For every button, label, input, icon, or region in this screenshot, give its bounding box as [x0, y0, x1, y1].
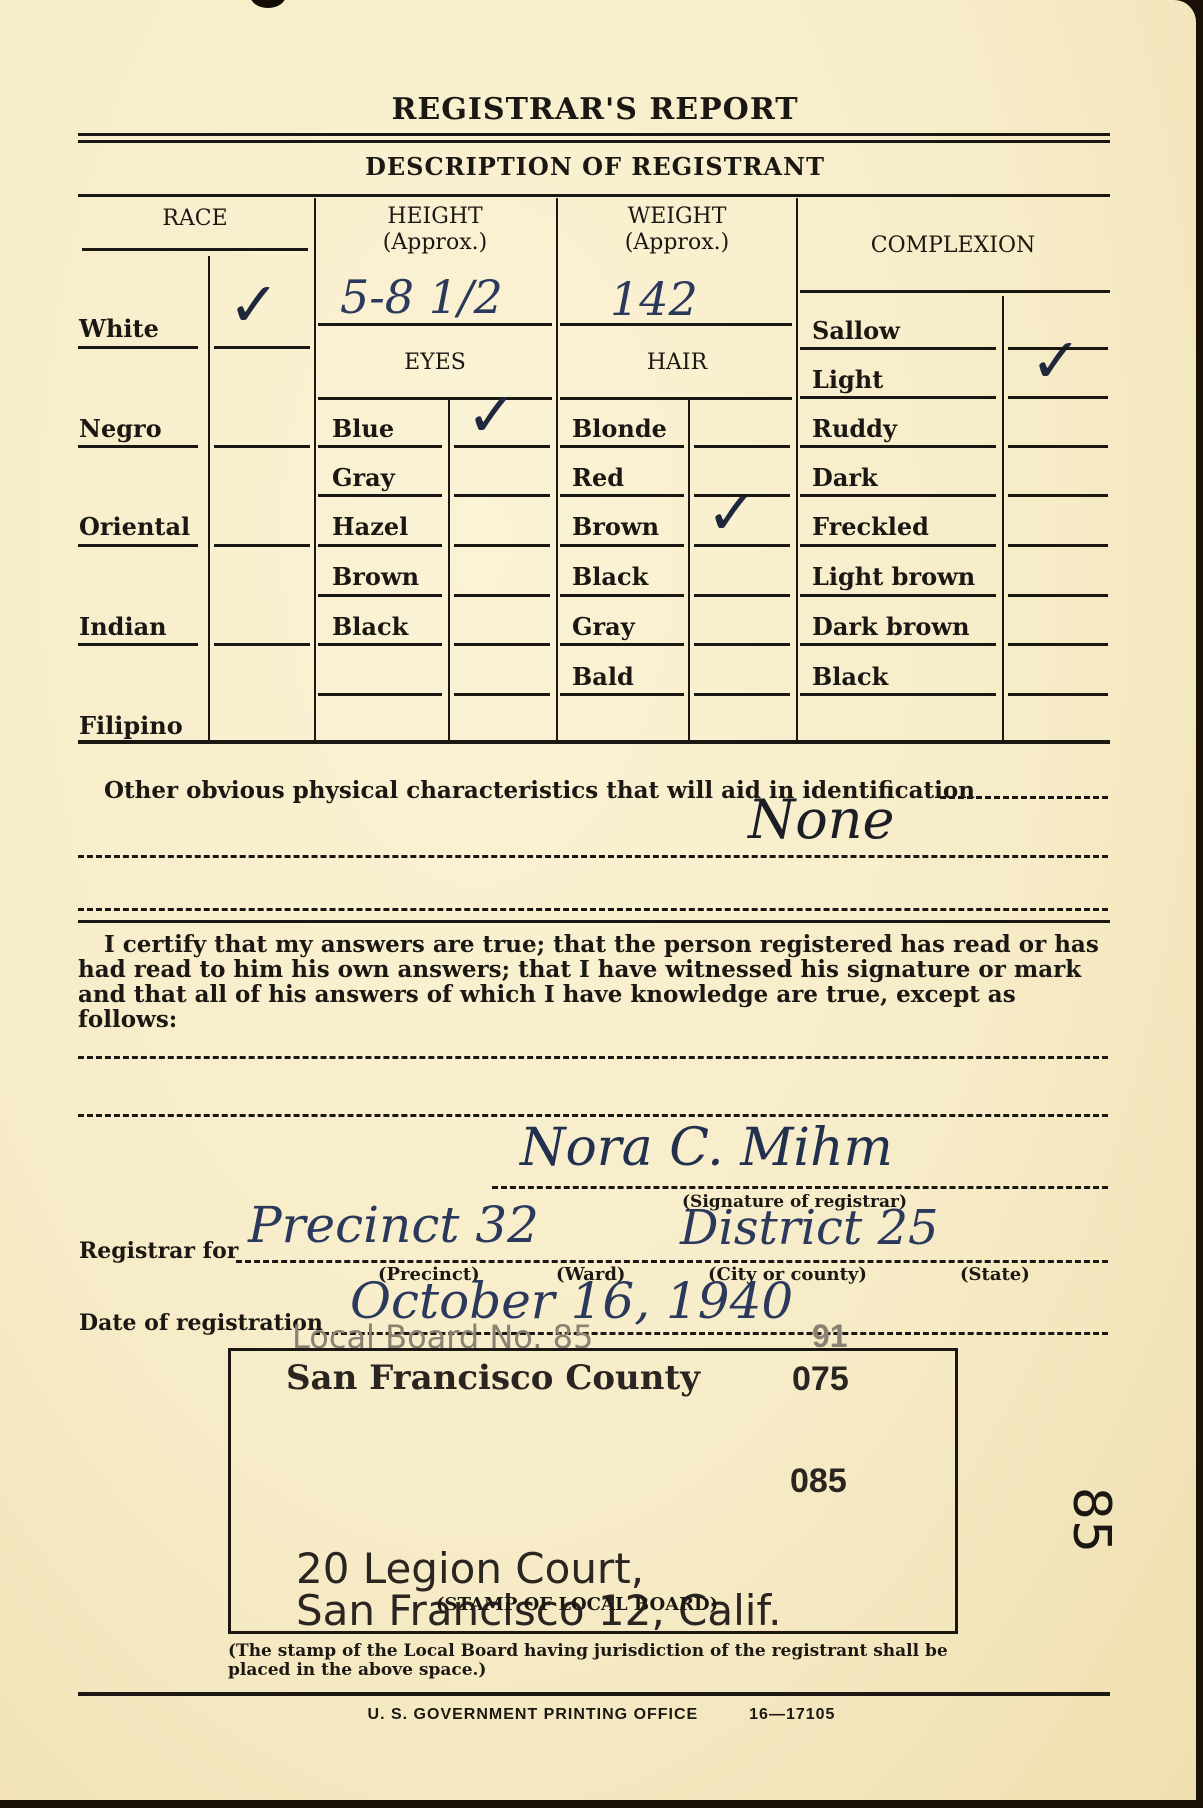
hair-gray: Gray — [572, 612, 635, 641]
divider — [694, 544, 790, 547]
complexion-light: Light — [812, 365, 883, 394]
registrar-signature[interactable]: Nora C. Mihm — [520, 1118, 893, 1178]
height-header: HEIGHT — [318, 204, 552, 230]
form-number: 16—17105 — [749, 1706, 835, 1723]
divider — [800, 445, 996, 448]
field-line — [78, 1114, 1108, 1117]
divider — [454, 643, 550, 646]
height-sub: (Approx.) — [318, 230, 552, 256]
divider — [800, 494, 996, 497]
divider — [560, 693, 684, 696]
race-negro: Negro — [79, 414, 162, 443]
eyes-blue: Blue — [332, 414, 394, 443]
divider — [78, 133, 1110, 136]
divider — [78, 920, 1110, 923]
race-header: RACE — [80, 206, 310, 232]
signature-line — [492, 1186, 1108, 1189]
divider — [454, 693, 550, 696]
divider — [214, 643, 310, 646]
hair-brown-checkbox[interactable]: ✓ — [706, 482, 758, 544]
divider — [214, 445, 310, 448]
divider — [78, 544, 198, 547]
divider — [78, 740, 1110, 744]
divider — [800, 643, 996, 646]
grid-line — [448, 400, 450, 740]
divider — [82, 248, 308, 251]
registration-card: REGISTRAR'S REPORT DESCRIPTION OF REGIST… — [0, 0, 1196, 1800]
printer-name: U. S. GOVERNMENT PRINTING OFFICE — [368, 1706, 699, 1723]
race-white: White — [79, 314, 159, 343]
race-oriental: Oriental — [79, 512, 190, 541]
grid-line — [796, 198, 798, 740]
state-label: (State) — [960, 1264, 1030, 1285]
hair-header: HAIR — [560, 350, 794, 376]
margin-number: 85 — [1061, 1487, 1121, 1553]
eyes-blue-checkbox[interactable]: ✓ — [466, 384, 518, 446]
divider — [454, 544, 550, 547]
divider — [318, 693, 442, 696]
divider — [78, 445, 198, 448]
divider — [214, 346, 310, 349]
divider — [318, 643, 442, 646]
divider — [1008, 643, 1108, 646]
divider — [694, 494, 790, 497]
race-indian: Indian — [79, 612, 167, 641]
complexion-header: COMPLEXION — [800, 233, 1106, 259]
hair-blonde: Blonde — [572, 414, 667, 443]
divider — [800, 594, 996, 597]
hair-black: Black — [572, 562, 648, 591]
divider — [78, 194, 1110, 197]
complexion-sallow: Sallow — [812, 316, 900, 345]
divider — [800, 290, 1110, 293]
stamp-caption: (STAMP OF LOCAL BOARD) — [436, 1594, 718, 1615]
field-line — [78, 1056, 1108, 1059]
hair-bald: Bald — [572, 662, 634, 691]
divider — [800, 347, 996, 350]
weight-value: 142 — [610, 272, 698, 326]
divider — [1008, 396, 1108, 399]
divider — [694, 693, 790, 696]
divider — [560, 544, 684, 547]
race-white-checkbox[interactable]: ✓ — [228, 274, 280, 336]
eyes-black: Black — [332, 612, 408, 641]
registrar-for-district[interactable]: District 25 — [680, 1200, 939, 1256]
page-title: REGISTRAR'S REPORT — [0, 92, 1190, 127]
complexion-ruddy: Ruddy — [812, 414, 897, 443]
field-line — [78, 855, 1108, 858]
divider — [560, 445, 684, 448]
complexion-light-brown: Light brown — [812, 562, 975, 591]
divider — [560, 643, 684, 646]
divider — [454, 445, 550, 448]
hair-red: Red — [572, 463, 624, 492]
eyes-gray: Gray — [332, 463, 395, 492]
stamp-code-075: 075 — [792, 1360, 849, 1399]
divider — [454, 594, 550, 597]
divider — [560, 594, 684, 597]
section-title: DESCRIPTION OF REGISTRANT — [0, 152, 1190, 181]
other-characteristics-value[interactable]: None — [748, 788, 895, 851]
divider — [1008, 693, 1108, 696]
divider — [1008, 494, 1108, 497]
field-line — [78, 908, 1108, 911]
grid-line — [1002, 296, 1004, 740]
field-line — [236, 1260, 1108, 1263]
complexion-light-checkbox[interactable]: ✓ — [1030, 330, 1082, 392]
eyes-header: EYES — [318, 350, 552, 376]
divider — [318, 594, 442, 597]
weight-sub: (Approx.) — [560, 230, 794, 256]
divider — [1008, 347, 1108, 350]
registrar-for-label: Registrar for — [79, 1238, 238, 1264]
divider — [454, 494, 550, 497]
race-filipino: Filipino — [79, 711, 183, 740]
divider — [694, 594, 790, 597]
other-characteristics-label: Other obvious physical characteristics t… — [104, 778, 1134, 803]
stamp-code-085: 085 — [790, 1462, 847, 1501]
certification-text: I certify that my answers are true; that… — [78, 932, 1108, 1032]
date-label: Date of registration — [79, 1310, 323, 1336]
divider — [78, 643, 198, 646]
stamp-county: San Francisco County — [286, 1358, 700, 1398]
divider — [78, 1692, 1110, 1696]
divider — [318, 494, 442, 497]
divider — [800, 693, 996, 696]
complexion-freckled: Freckled — [812, 512, 929, 541]
grid-line — [688, 400, 690, 740]
eyes-hazel: Hazel — [332, 512, 408, 541]
grid-line — [208, 256, 210, 740]
divider — [560, 494, 684, 497]
divider — [694, 445, 790, 448]
punch-hole — [250, 0, 286, 8]
divider — [800, 396, 996, 399]
registrar-for-precinct[interactable]: Precinct 32 — [248, 1196, 539, 1254]
footer-printer: U. S. GOVERNMENT PRINTING OFFICE 16—1710… — [0, 1706, 1203, 1724]
grid-line — [314, 198, 316, 740]
divider — [318, 544, 442, 547]
divider — [318, 323, 552, 326]
divider — [214, 544, 310, 547]
weight-header: WEIGHT — [560, 204, 794, 230]
divider — [1008, 544, 1108, 547]
divider — [78, 140, 1110, 143]
divider — [694, 643, 790, 646]
field-line — [940, 796, 1108, 799]
divider — [78, 346, 198, 349]
divider — [1008, 445, 1108, 448]
divider — [800, 544, 996, 547]
grid-line — [556, 198, 558, 740]
complexion-dark-brown: Dark brown — [812, 612, 970, 641]
divider — [1008, 594, 1108, 597]
complexion-dark: Dark — [812, 463, 878, 492]
divider — [560, 323, 792, 326]
height-value: 5-8 1/2 — [340, 270, 503, 324]
stamp-note: (The stamp of the Local Board having jur… — [228, 1642, 968, 1680]
complexion-black: Black — [812, 662, 888, 691]
eyes-brown: Brown — [332, 562, 419, 591]
divider — [560, 397, 792, 400]
divider — [318, 445, 442, 448]
hair-brown: Brown — [572, 512, 659, 541]
